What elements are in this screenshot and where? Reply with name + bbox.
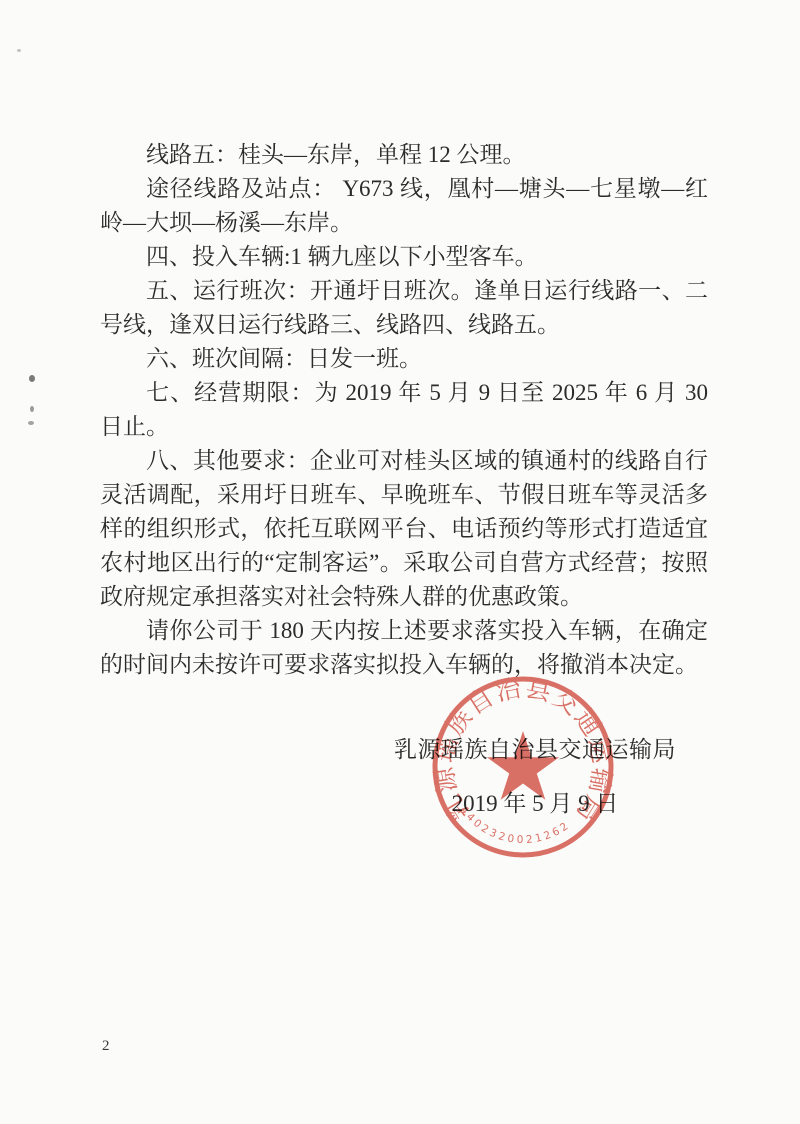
paragraph-item-five: 五、运行班次：开通圩日班次。逢单日运行线路一、二号线，逢双日运行线路三、线路四、… (100, 274, 708, 342)
page-number: 2 (102, 1038, 110, 1055)
scan-speckle (17, 49, 21, 52)
paragraph-item-six: 六、班次间隔：日发一班。 (100, 342, 708, 376)
scanned-document-page: 线路五：桂头—东岸，单程 12 公理。 途径线路及站点： Y673 线，凰村—塘… (0, 0, 800, 1124)
paragraph-route-stations: 途径线路及站点： Y673 线，凰村—塘头—七星墩—红岭—大坝—杨溪—东岸。 (100, 172, 708, 240)
document-body: 线路五：桂头—东岸，单程 12 公理。 途径线路及站点： Y673 线，凰村—塘… (100, 138, 708, 682)
official-seal-stamp: 乳源瑶族自治县交通运输局 4402320021262 (428, 672, 618, 862)
paragraph-item-eight: 八、其他要求：企业可对桂头区域的镇通村的线路自行灵活调配，采用圩日班车、早晚班车… (100, 444, 708, 614)
scan-speckle (28, 421, 34, 425)
scan-speckle (29, 375, 35, 382)
paragraph-item-seven: 七、经营期限：为 2019 年 5 月 9 日至 2025 年 6 月 30 日… (100, 376, 708, 444)
scan-speckle (30, 406, 34, 412)
star-icon (487, 731, 559, 800)
paragraph-item-four: 四、投入车辆:1 辆九座以下小型客车。 (100, 240, 708, 274)
paragraph-route-five: 线路五：桂头—东岸，单程 12 公理。 (100, 138, 708, 172)
